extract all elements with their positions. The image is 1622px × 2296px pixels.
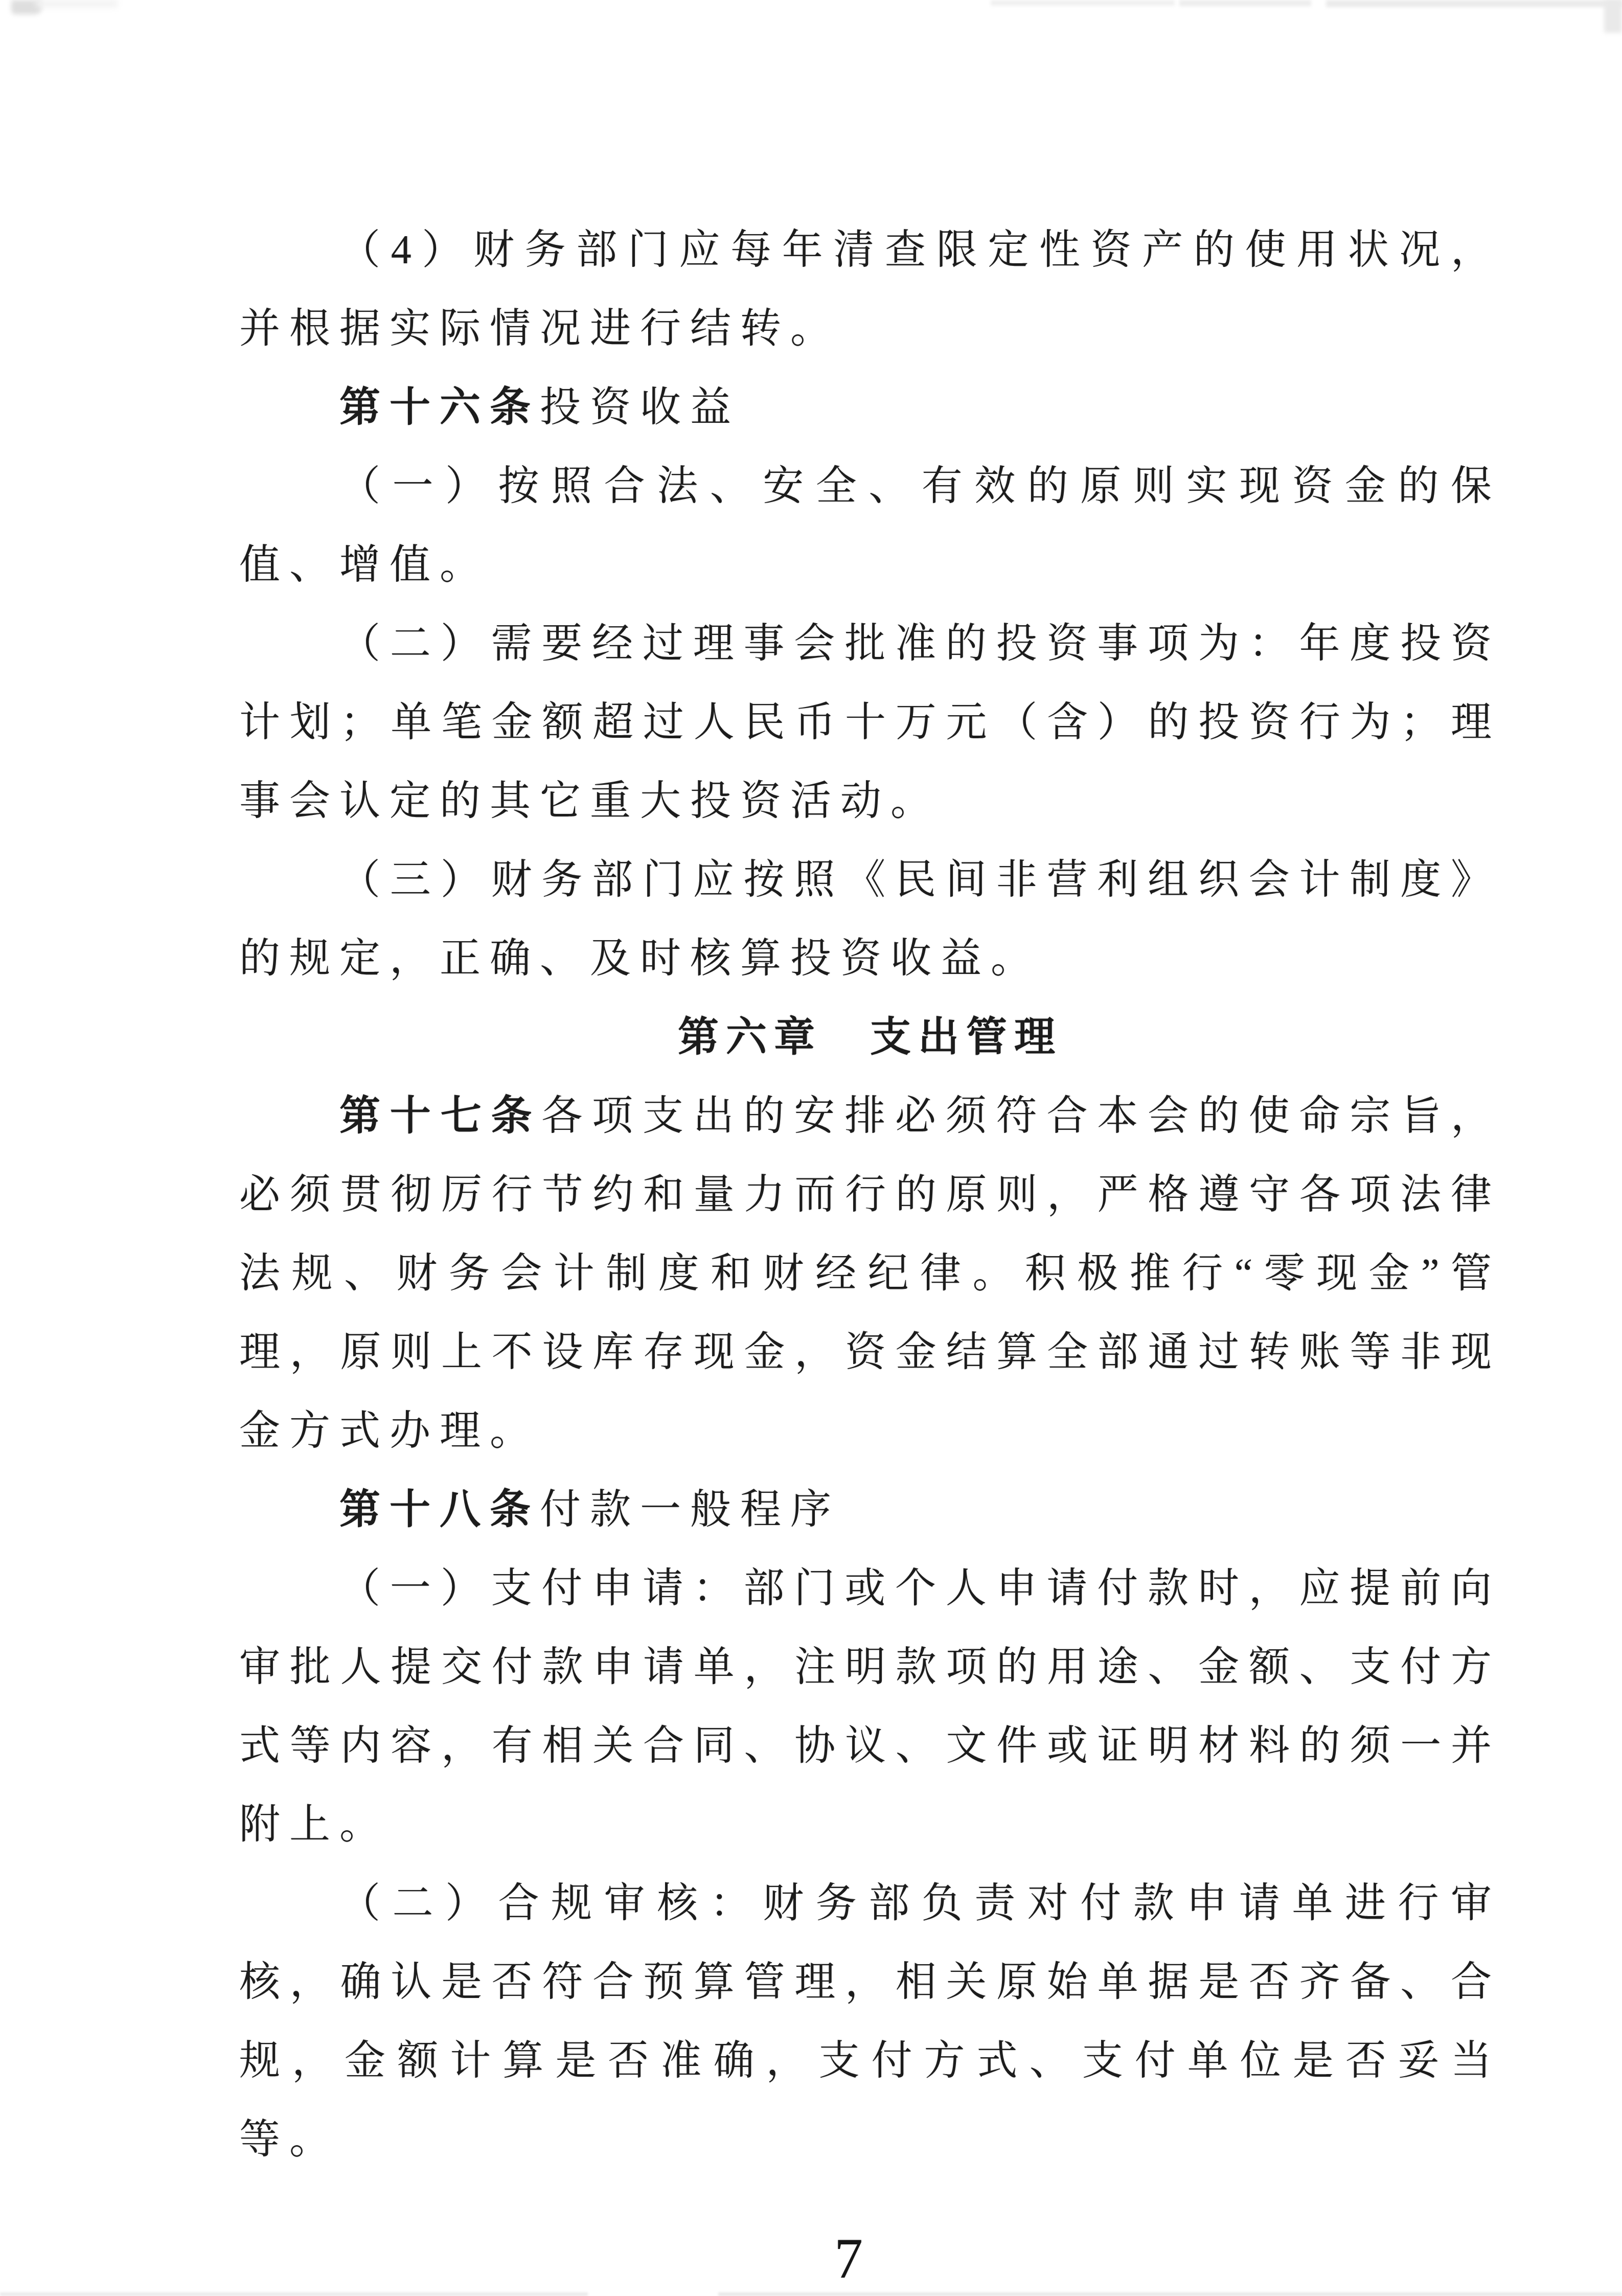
chapter-heading: 第六章 支出管理	[239, 998, 1501, 1077]
scan-artifact-top-strip-3	[1326, 0, 1622, 7]
text-run: （一）支付申请：部门或个人申请付款时，应提前向审批人提交付款申请单，注明款项的用…	[239, 1566, 1501, 1847]
paragraph: （一）按照合法、安全、有效的原则实现资金的保值、增值。	[239, 447, 1501, 604]
text-run: （一）按照合法、安全、有效的原则实现资金的保值、增值。	[239, 464, 1501, 587]
text-run: （二）需要经过理事会批准的投资事项为：年度投资计划；单笔金额超过人民币十万元（含…	[239, 621, 1501, 824]
chapter-title-text: 第六章 支出管理	[678, 1015, 1062, 1060]
scan-artifact-top-left-smudge	[36, 0, 118, 7]
page-number: 7	[797, 2230, 900, 2287]
scan-artifact-top-left-blob	[11, 0, 42, 14]
text-run: 付款一般程序	[540, 1487, 840, 1532]
text-run: （二）合规审核：财务部负责对付款申请单进行审核，确认是否符合预算管理，相关原始单…	[239, 1881, 1501, 2162]
paragraph: 第十七条各项支出的安排必须符合本会的使命宗旨，必须贯彻厉行节约和量力而行的原则，…	[239, 1077, 1501, 1470]
text-run: 各项支出的安排必须符合本会的使命宗旨，必须贯彻厉行节约和量力而行的原则，严格遵守…	[239, 1094, 1501, 1453]
document-page: （4）财务部门应每年清查限定性资产的使用状况，并根据实际情况进行结转。第十六条投…	[0, 0, 1622, 2296]
scan-artifact-top-strip-2	[1179, 0, 1311, 6]
clause-number: 第十七条	[339, 1094, 541, 1139]
scan-artifact-bottom-strip-2	[718, 2292, 1622, 2296]
text-run: 投资收益	[540, 385, 740, 430]
clause-number: 第十八条	[339, 1487, 540, 1532]
text-run: （4）财务部门应每年清查限定性资产的使用状况，并根据实际情况进行结转。	[239, 228, 1501, 351]
scan-artifact-top-right-notch	[1604, 0, 1622, 33]
document-body: （4）财务部门应每年清查限定性资产的使用状况，并根据实际情况进行结转。第十六条投…	[239, 211, 1501, 2179]
scan-artifact-top-strip-1	[991, 0, 1175, 6]
clause-number: 第十六条	[339, 385, 540, 430]
scan-artifact-bottom-strip-1	[0, 2292, 588, 2296]
paragraph: （三）财务部门应按照《民间非营利组织会计制度》的规定，正确、及时核算投资收益。	[239, 840, 1501, 998]
paragraph: （二）需要经过理事会批准的投资事项为：年度投资计划；单笔金额超过人民币十万元（含…	[239, 604, 1501, 840]
paragraph: （4）财务部门应每年清查限定性资产的使用状况，并根据实际情况进行结转。	[239, 211, 1501, 368]
paragraph: 第十六条投资收益	[239, 368, 1501, 447]
paragraph: （一）支付申请：部门或个人申请付款时，应提前向审批人提交付款申请单，注明款项的用…	[239, 1549, 1501, 1864]
paragraph: 第十八条付款一般程序	[239, 1470, 1501, 1549]
text-run: （三）财务部门应按照《民间非营利组织会计制度》的规定，正确、及时核算投资收益。	[239, 857, 1501, 981]
paragraph: （二）合规审核：财务部负责对付款申请单进行审核，确认是否符合预算管理，相关原始单…	[239, 1864, 1501, 2179]
